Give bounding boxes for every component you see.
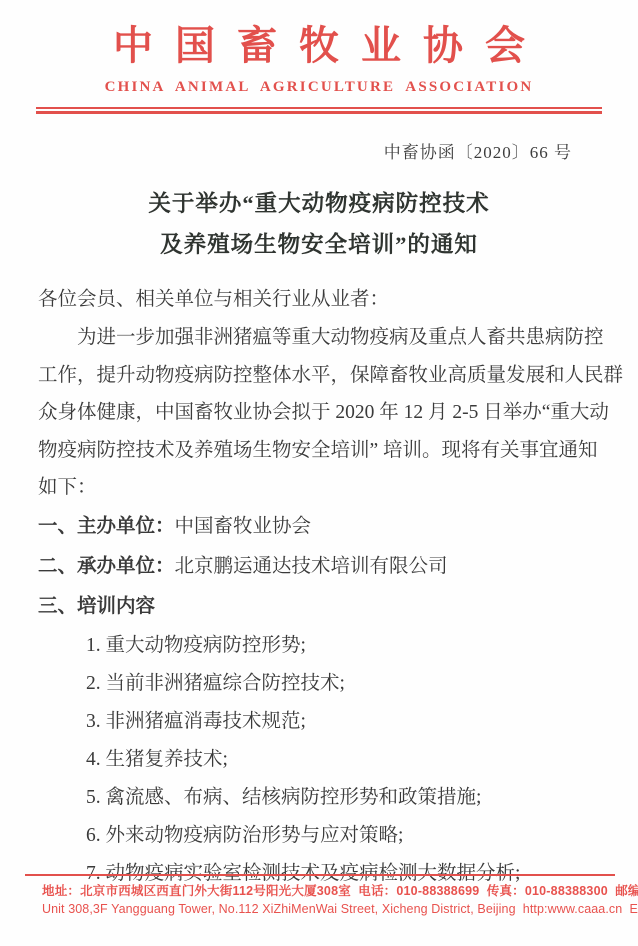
section-label: 二、承办单位： (38, 556, 175, 577)
paragraph-line: 为进一步加强非洲猪瘟等重大动物疫病及重点人畜共患病防控 (38, 319, 600, 357)
list-item: 2. 当前非洲猪瘟综合防控技术; (86, 665, 600, 703)
list-item: 3. 非洲猪瘟消毒技术规范; (86, 703, 600, 741)
section-organizer: 二、承办单位：北京鹏运通达技术培训有限公司 (38, 547, 600, 587)
paragraph-line: 物疫病防控技术及养殖场生物安全培训” 培训。现将有关事宜通知 (38, 432, 600, 470)
page-footer: 地址：北京市西城区西直门外大街112号阳光大厦308室 电话：010-88388… (0, 874, 638, 916)
doc-title: 关于举办“重大动物疫病防控技术 及养殖场生物安全培训”的通知 (0, 183, 638, 265)
section-value: 北京鹏运通达技术培训有限公司 (175, 556, 448, 577)
list-item: 1. 重大动物疫病防控形势; (86, 627, 600, 665)
document-page: 中国畜牧业协会 CHINA ANIMAL AGRICULTURE ASSOCIA… (0, 0, 638, 946)
paragraph-line: 如下： (38, 469, 600, 507)
list-item: 4. 生猪复养技术; (86, 741, 600, 779)
footer-address-cn: 地址：北京市西城区西直门外大街112号阳光大厦308室 电话：010-88388… (42, 881, 610, 899)
footer-address-en: Unit 308,3F Yangguang Tower, No.112 XiZh… (42, 902, 610, 916)
list-item: 6. 外来动物疫病防治形势与应对策略; (86, 817, 600, 855)
org-name-en: CHINA ANIMAL AGRICULTURE ASSOCIATION (0, 79, 638, 96)
letterhead: 中国畜牧业协会 CHINA ANIMAL AGRICULTURE ASSOCIA… (0, 0, 638, 114)
doc-title-line1: 关于举办“重大动物疫病防控技术 (0, 183, 638, 224)
header-rule (36, 107, 602, 114)
salutation: 各位会员、相关单位与相关行业从业者： (38, 281, 600, 319)
section-value: 中国畜牧业协会 (175, 516, 312, 537)
list-item: 5. 禽流感、布病、结核病防控形势和政策措施; (86, 779, 600, 817)
doc-body: 各位会员、相关单位与相关行业从业者： 为进一步加强非洲猪瘟等重大动物疫病及重点人… (38, 281, 600, 893)
org-name-cn: 中国畜牧业协会 (0, 22, 638, 70)
doc-title-line2: 及养殖场生物安全培训”的通知 (0, 224, 638, 265)
section-host: 一、主办单位：中国畜牧业协会 (38, 507, 600, 547)
section-training-content: 三、培训内容 (38, 587, 600, 627)
section-label: 一、主办单位： (38, 516, 175, 537)
paragraph-line: 工作，提升动物疫病防控整体水平，保障畜牧业高质量发展和人民群 (38, 357, 600, 395)
doc-number: 中畜协函〔2020〕66 号 (0, 138, 638, 163)
paragraph-line: 众身体健康，中国畜牧业协会拟于 2020 年 12 月 2-5 日举办“重大动 (38, 394, 600, 432)
section-label: 三、培训内容 (38, 596, 155, 617)
footer-rule (25, 874, 615, 876)
